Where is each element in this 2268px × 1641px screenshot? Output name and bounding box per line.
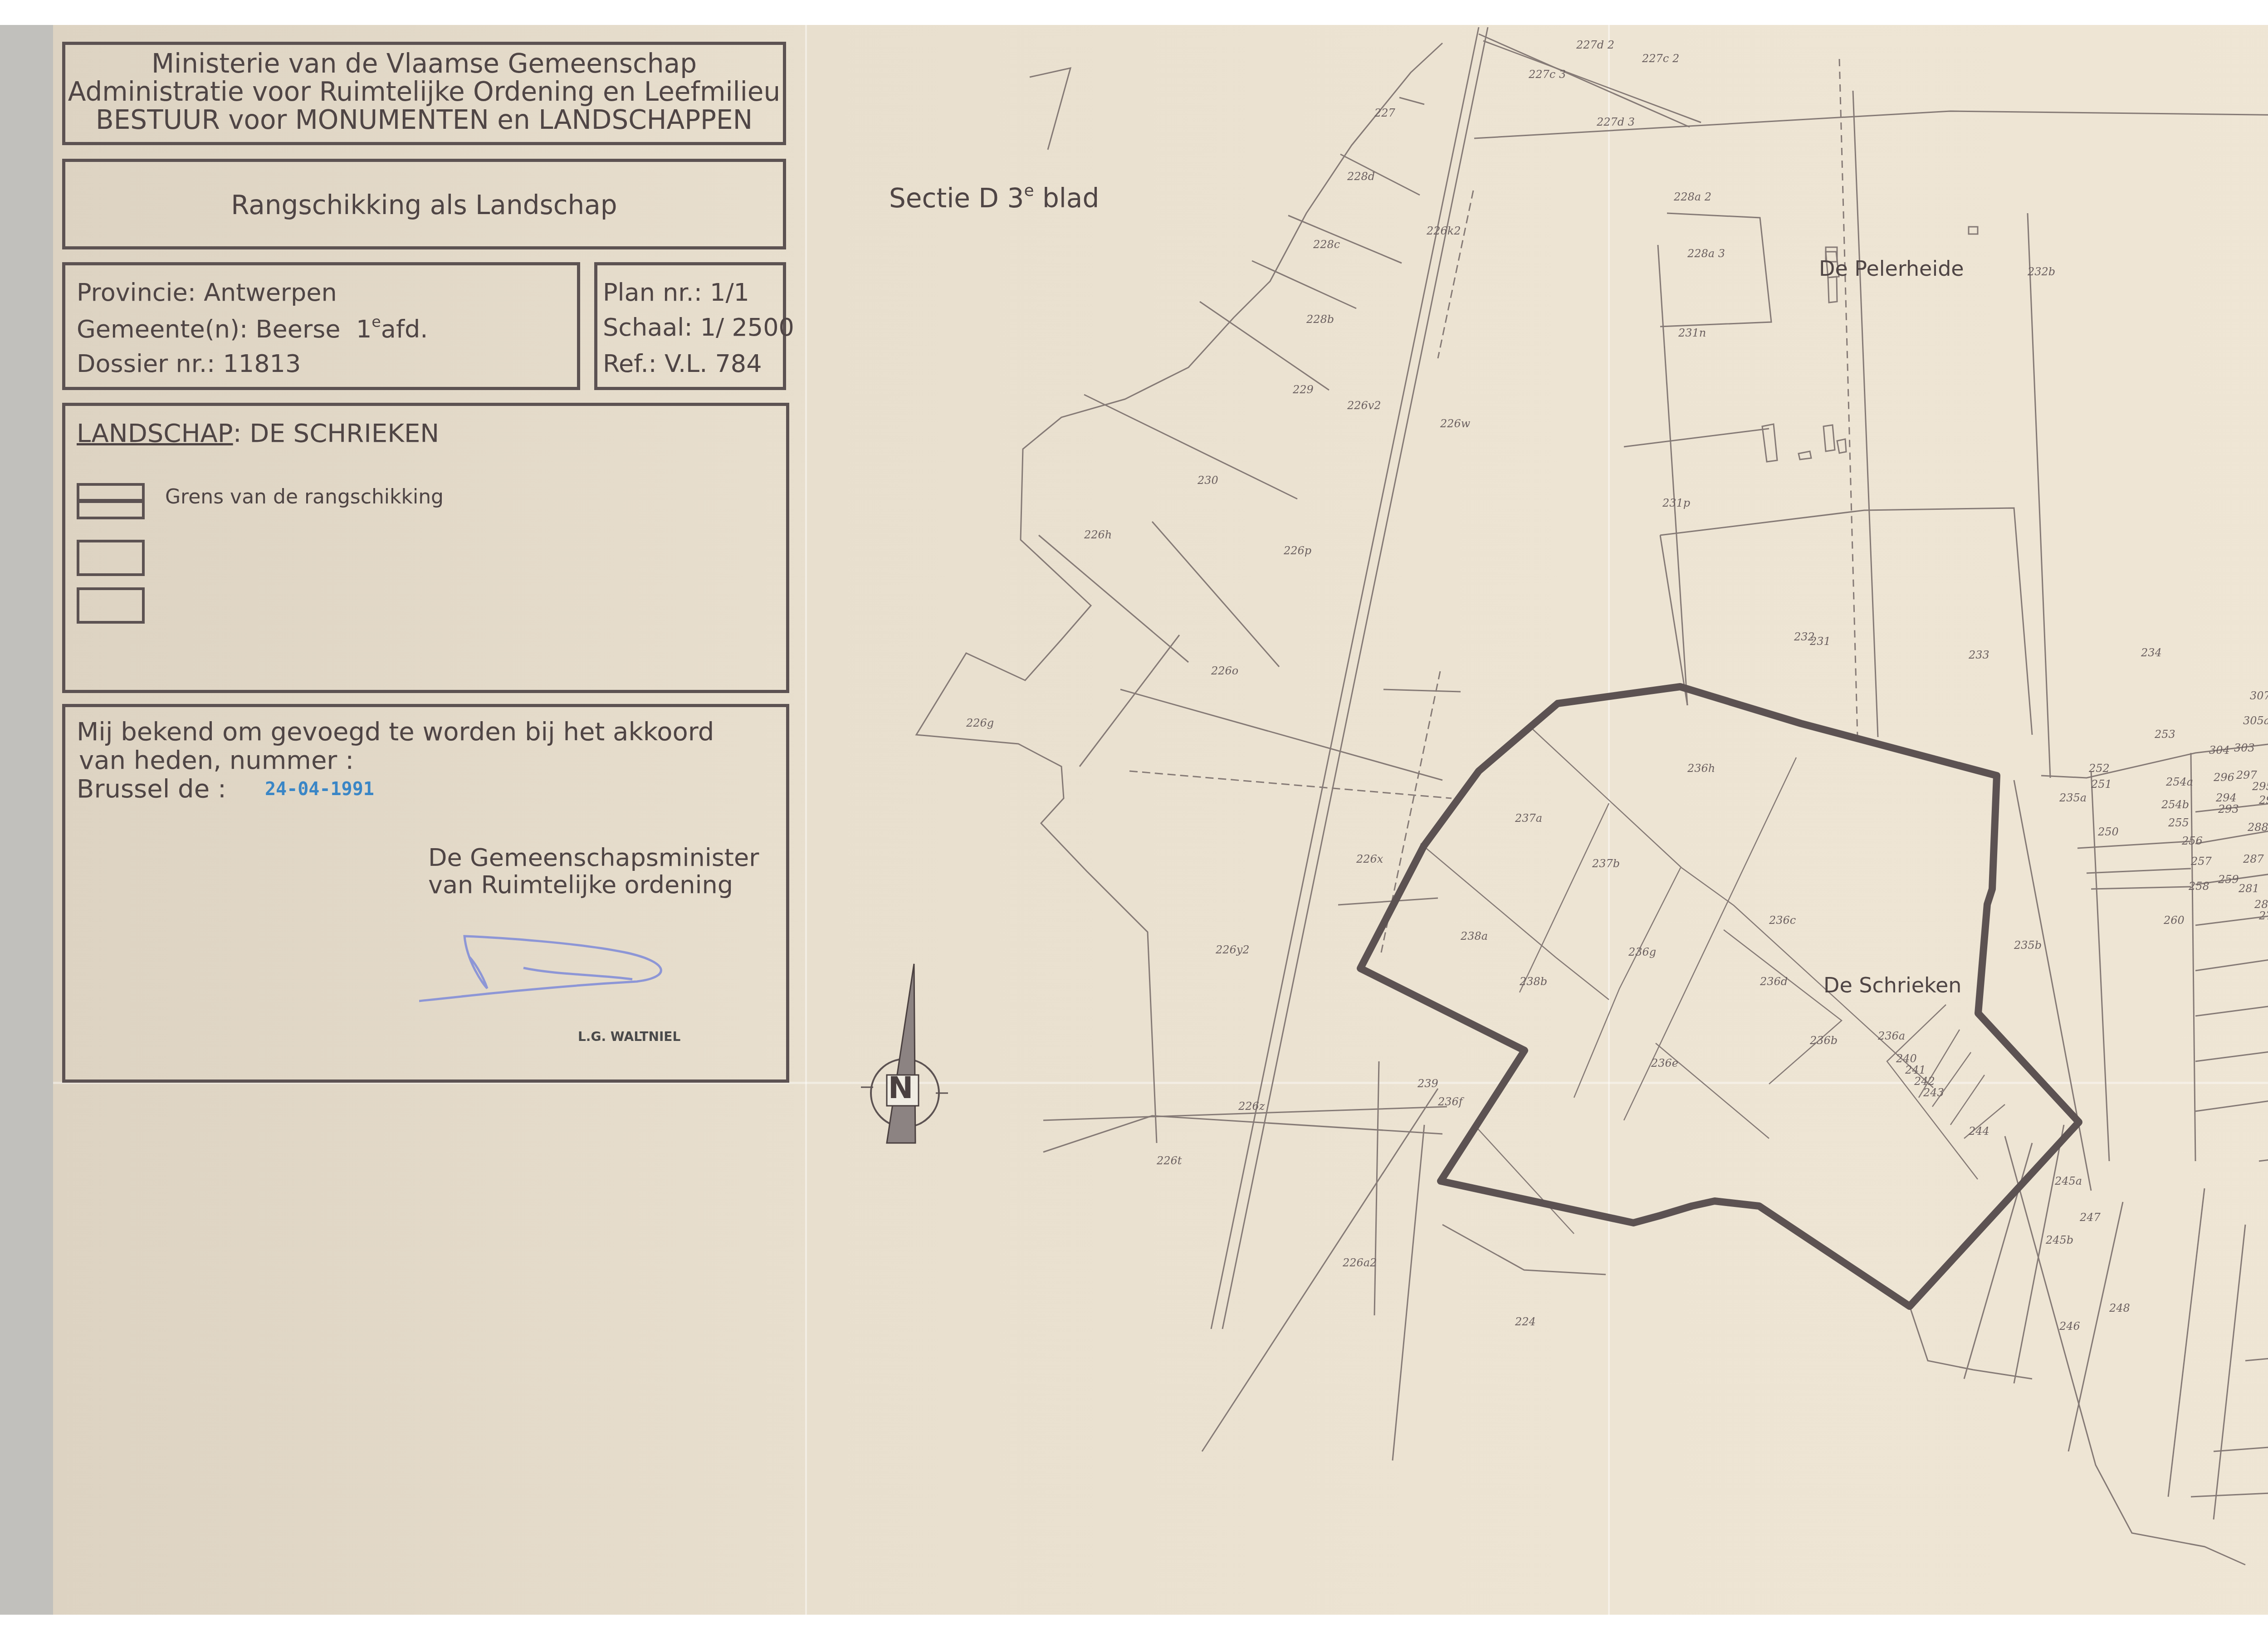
parcel-number: 226k2 bbox=[1427, 225, 1461, 237]
parcel-number: 303 bbox=[2234, 742, 2255, 754]
parcel-number: 288a bbox=[2248, 821, 2268, 834]
parcel-number: 251 bbox=[2091, 778, 2112, 791]
parcel-number: 244 bbox=[1969, 1125, 1989, 1138]
parcel-number: 226y2 bbox=[1216, 943, 1250, 956]
parcel-number: 236f bbox=[1438, 1095, 1463, 1108]
parcel-number: 253 bbox=[2155, 728, 2175, 741]
parcel-number: 295 bbox=[2252, 780, 2268, 793]
parcel-number: 227 bbox=[1374, 107, 1395, 119]
parcel-number: 232 bbox=[1794, 630, 1815, 643]
parcel-number: 242 bbox=[1914, 1075, 1935, 1088]
parcel-number: 297 bbox=[2236, 769, 2257, 781]
parcel-number: 226w bbox=[1440, 417, 1470, 430]
afdeling-sup: e bbox=[371, 313, 381, 331]
legend-label-boundary: Grens van de rangschikking bbox=[165, 485, 444, 508]
legend-title-prefix: LANDSCHAP bbox=[77, 419, 233, 448]
date-stamp: 24-04-1991 bbox=[265, 779, 374, 800]
parcel-number: 235b bbox=[2014, 939, 2042, 952]
parcel-number: 228d bbox=[1347, 170, 1375, 183]
parcel-number: 227d 3 bbox=[1597, 116, 1635, 128]
parcel-number: 258 bbox=[2189, 880, 2209, 893]
minister-title-line-1: De Gemeenschapsminister bbox=[428, 843, 759, 872]
parcel-number: 227c 3 bbox=[1529, 68, 1566, 81]
parcel-number: 257 bbox=[2191, 855, 2212, 868]
parcel-number: 226t bbox=[1157, 1154, 1182, 1167]
parcel-number: 292 bbox=[2259, 794, 2268, 806]
parcel-number: 236e bbox=[1651, 1057, 1678, 1070]
parcel-number: 254a bbox=[2166, 776, 2193, 788]
north-arrow-label: N bbox=[888, 1070, 913, 1105]
legend-title: LANDSCHAP: DE SCHRIEKEN bbox=[77, 419, 439, 448]
parcel-number: 240 bbox=[1896, 1052, 1917, 1065]
parcel-number: 226o bbox=[1211, 664, 1238, 677]
parcel-number: 236c bbox=[1769, 914, 1796, 927]
parcel-number: 243 bbox=[1923, 1086, 1944, 1099]
schaal-value: 1/ 2500 bbox=[700, 313, 794, 342]
parcel-number: 226h bbox=[1084, 528, 1112, 541]
parcel-number: 228a 3 bbox=[1687, 247, 1725, 260]
schaal-row: Schaal: 1/ 2500 bbox=[603, 313, 794, 342]
parcel-number: 228a 2 bbox=[1674, 190, 1711, 203]
legend-box: LANDSCHAP: DE SCHRIEKEN Grens van de ran… bbox=[62, 403, 789, 693]
approval-box: Mij bekend om gevoegd te worden bij het … bbox=[62, 704, 789, 1083]
subject-box: Rangschikking als Landschap bbox=[62, 159, 786, 249]
parcel-number: 294 bbox=[2216, 791, 2237, 804]
sheet-label-sup: e bbox=[1024, 181, 1034, 200]
parcel-number: 238b bbox=[1520, 975, 1547, 988]
parcel-number: 247 bbox=[2080, 1211, 2101, 1224]
legend-swatch-empty-2 bbox=[77, 587, 145, 624]
parcel-number: 245b bbox=[2046, 1234, 2073, 1246]
parcel-number: 236g bbox=[1628, 946, 1656, 958]
parcel-number: 293 bbox=[2218, 803, 2239, 816]
parcel-number: 234 bbox=[2141, 646, 2162, 659]
parcel-number: 228c bbox=[1313, 238, 1340, 251]
parcel-number: 259 bbox=[2218, 873, 2239, 886]
parcel-number: 307b bbox=[2250, 689, 2268, 702]
plan-row: Plan nr.: 1/1 bbox=[603, 278, 749, 307]
brussel-label: Brussel de : bbox=[77, 774, 226, 804]
parcel-number: 231p bbox=[1662, 497, 1690, 509]
parcel-number: 260 bbox=[2164, 914, 2185, 927]
plan-label: Plan nr.: bbox=[603, 278, 702, 307]
parcel-number: 296 bbox=[2214, 771, 2234, 784]
parcel-number: 236a bbox=[1878, 1030, 1905, 1042]
parcel-number: 281 bbox=[2239, 882, 2259, 895]
ministry-header-box: Ministerie van de Vlaamse Gemeenschap Ad… bbox=[62, 42, 786, 145]
sheet-label-suffix: blad bbox=[1034, 183, 1100, 214]
boundary-legend-swatch bbox=[77, 483, 145, 519]
north-arrow-icon bbox=[861, 964, 948, 1143]
plan-value: 1/1 bbox=[710, 278, 749, 307]
parcel-number: 256 bbox=[2182, 835, 2203, 847]
afdeling-suffix: afd. bbox=[381, 315, 428, 343]
gemeente-label: Gemeente(n): bbox=[77, 315, 248, 343]
parcel-number: 226g bbox=[966, 717, 994, 729]
afdeling-number: 1 bbox=[356, 315, 371, 343]
gemeente-row: Gemeente(n): Beerse 1eafd. bbox=[77, 313, 428, 343]
parcel-number: 238a bbox=[1461, 930, 1488, 943]
parcel-number: 226v2 bbox=[1347, 399, 1381, 412]
parcel-number: 250 bbox=[2098, 825, 2119, 838]
location-box: Provincie: Antwerpen Gemeente(n): Beerse… bbox=[62, 262, 580, 390]
dossier-row: Dossier nr.: 11813 bbox=[77, 349, 301, 378]
parcel-number: 227c 2 bbox=[1642, 52, 1679, 65]
ministry-line-2: Administratie voor Ruimtelijke Ordening … bbox=[65, 77, 783, 107]
provincie-value: Antwerpen bbox=[204, 278, 337, 307]
signature-icon bbox=[419, 934, 673, 1016]
parcel-number: 305a bbox=[2243, 714, 2268, 727]
gemeente-value: Beerse bbox=[255, 315, 340, 343]
parcel-number: 226p bbox=[1284, 544, 1311, 557]
parcel-number: 226x bbox=[1356, 853, 1383, 865]
parcel-number: 228b bbox=[1306, 313, 1334, 326]
minister-title-line-2: van Ruimtelijke ordening bbox=[428, 870, 733, 899]
parcel-number: 232b bbox=[2028, 265, 2055, 278]
provincie-label: Provincie: bbox=[77, 278, 196, 307]
plan-box: Plan nr.: 1/1 Schaal: 1/ 2500 Ref.: V.L.… bbox=[594, 262, 786, 390]
approval-line-2: van heden, nummer : bbox=[79, 746, 354, 775]
ministry-line-1: Ministerie van de Vlaamse Gemeenschap bbox=[65, 49, 783, 78]
parcel-number: 237b bbox=[1592, 857, 1620, 870]
boundary-line-icon bbox=[79, 499, 142, 503]
parcel-number: 252 bbox=[2089, 762, 2110, 775]
parcel-number: 230 bbox=[1198, 474, 1218, 487]
place-name-pelerheide: De Pelerheide bbox=[1819, 256, 1964, 281]
ref-row: Ref.: V.L. 784 bbox=[603, 349, 762, 378]
dossier-value: 11813 bbox=[223, 349, 301, 378]
sheet-label-main: Sectie D 3 bbox=[889, 183, 1024, 214]
place-name-schrieken: De Schrieken bbox=[1823, 973, 1961, 997]
parcel-number: 227d 2 bbox=[1576, 39, 1614, 51]
parcel-number: 255 bbox=[2168, 816, 2189, 829]
ministry-line-3: BESTUUR voor MONUMENTEN en LANDSCHAPPEN bbox=[65, 105, 783, 135]
parcel-number: 246 bbox=[2059, 1320, 2080, 1333]
parcel-number: 278a bbox=[2259, 909, 2268, 922]
parcel-number: 226z bbox=[1238, 1100, 1265, 1113]
parcel-number: 233 bbox=[1969, 649, 1989, 661]
parcel-number: 237a bbox=[1515, 812, 1542, 825]
parcel-number: 235a bbox=[2059, 791, 2087, 804]
landscape-boundary bbox=[1360, 687, 2079, 1306]
parcel-number: 239 bbox=[1417, 1077, 1438, 1090]
subject-title: Rangschikking als Landschap bbox=[65, 190, 783, 220]
dossier-label: Dossier nr.: bbox=[77, 349, 215, 378]
ref-value: V.L. 784 bbox=[665, 349, 762, 378]
parcel-number: 236b bbox=[1810, 1034, 1838, 1047]
parcel-number: 280 bbox=[2254, 898, 2268, 911]
schaal-label: Schaal: bbox=[603, 313, 693, 342]
parcel-number: 229 bbox=[1293, 383, 1314, 396]
parcel-number: 231n bbox=[1678, 327, 1706, 339]
provincie-row: Provincie: Antwerpen bbox=[77, 278, 337, 307]
parcel-number: 236h bbox=[1687, 762, 1715, 775]
legend-swatch-empty-1 bbox=[77, 540, 145, 576]
parcel-number: 241 bbox=[1905, 1064, 1926, 1076]
ref-label: Ref.: bbox=[603, 349, 657, 378]
name-stamp: L.G. WALTNIEL bbox=[578, 1029, 680, 1044]
legend-title-suffix: : DE SCHRIEKEN bbox=[233, 419, 440, 448]
approval-line-1: Mij bekend om gevoegd te worden bij het … bbox=[77, 717, 714, 747]
parcel-number: 248 bbox=[2109, 1302, 2130, 1314]
parcel-number: 287 bbox=[2243, 853, 2264, 865]
parcel-number: 236d bbox=[1760, 975, 1788, 988]
parcel-number: 224 bbox=[1515, 1315, 1536, 1328]
parcel-number: 304 bbox=[2209, 744, 2230, 757]
parcel-number: 226a2 bbox=[1343, 1256, 1377, 1269]
parcel-number: 245a bbox=[2055, 1175, 2082, 1187]
sheet-label: Sectie D 3e blad bbox=[889, 181, 1099, 214]
parcel-number: 254b bbox=[2161, 798, 2189, 811]
